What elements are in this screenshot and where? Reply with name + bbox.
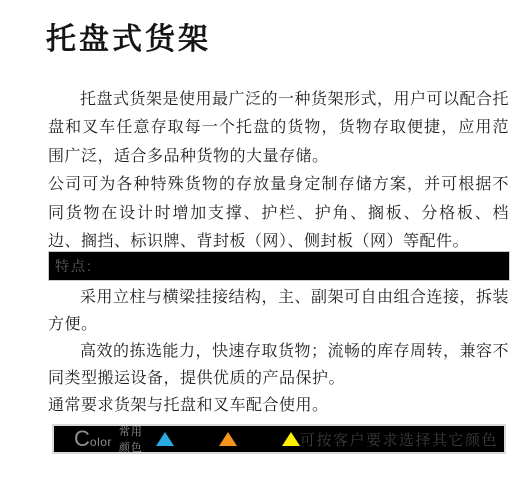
feature-item: 通常要求货架与托盘和叉车配合使用。 <box>48 392 509 419</box>
color-label: C olor <box>74 428 112 450</box>
color-label-cn: 常用颜色 <box>119 423 152 455</box>
color-bar: C olor 常用颜色 可按客户要求选择其它颜色 <box>52 424 506 454</box>
color-note: 可按客户要求选择其它颜色 <box>300 429 498 450</box>
color-label-initial: C <box>74 428 90 450</box>
intro-paragraph: 托盘式货架是使用最广泛的一种货架形式，用户可以配合托盘和叉车任意存取每一个托盘的… <box>48 86 509 171</box>
feature-item: 高效的拣选能力，快速存取货物；流畅的库存周转，兼容不同类型搬运设备，提供优质的产… <box>48 338 509 392</box>
feature-item: 采用立柱与横梁挂接结构，主、副架可自由组合连接，拆装方便。 <box>48 284 509 338</box>
features-header-bar: 特点: <box>48 251 510 281</box>
blue-triangle-icon <box>156 432 174 446</box>
color-label-rest: olor <box>90 435 112 449</box>
yellow-triangle-icon <box>282 432 300 446</box>
orange-triangle-icon <box>219 432 237 446</box>
description-section: 托盘式货架是使用最广泛的一种货架形式，用户可以配合托盘和叉车任意存取每一个托盘的… <box>48 86 509 256</box>
page: { "title": "托盘式货架", "paragraphs": { "int… <box>0 0 520 482</box>
features-section: 采用立柱与横梁挂接结构，主、副架可自由组合连接，拆装方便。 高效的拣选能力，快速… <box>48 284 509 419</box>
features-heading: 特点: <box>49 256 93 276</box>
page-title: 托盘式货架 <box>46 14 211 58</box>
custom-paragraph: 公司可为各种特殊货物的存放量身定制存储方案，并可根据不同货物在设计时增加支撑、护… <box>48 171 509 256</box>
